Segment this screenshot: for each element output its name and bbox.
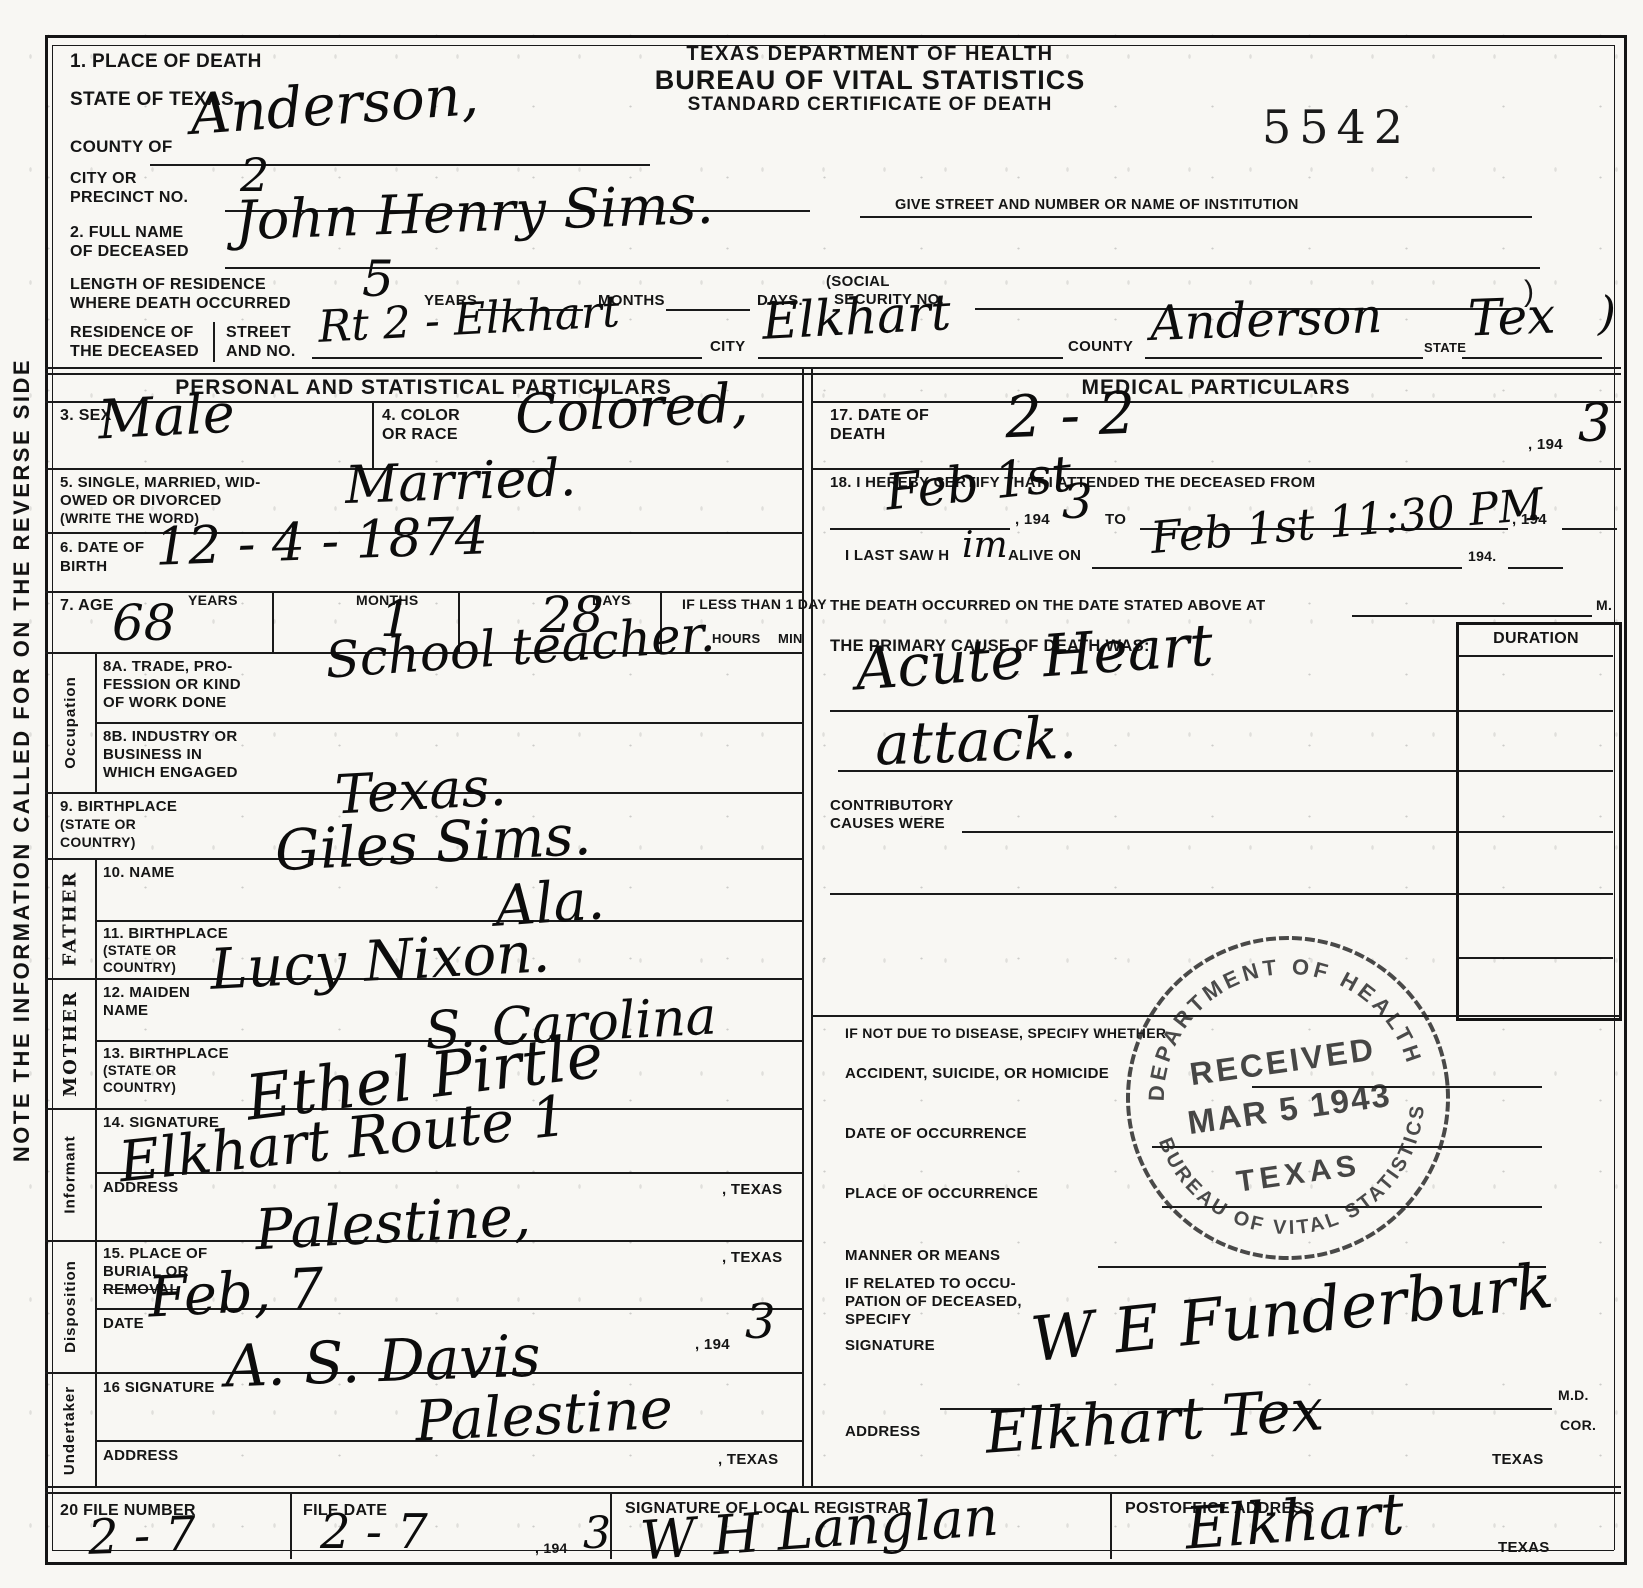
color-label-2: OR RACE bbox=[382, 426, 458, 443]
city-or-label: CITY OR bbox=[70, 170, 137, 187]
burial-value: Palestine, bbox=[254, 1189, 532, 1259]
trade-label-1: 8A. TRADE, PRO- bbox=[103, 659, 233, 675]
age-min-label: MIN bbox=[778, 632, 803, 646]
placeocc-label: PLACE OF OCCURRENCE bbox=[845, 1186, 1038, 1202]
state-label: STATE bbox=[1424, 341, 1466, 355]
county2-line bbox=[1145, 357, 1423, 359]
undertaker-strip-divider bbox=[95, 1372, 97, 1488]
dod-year-label: , 194 bbox=[1528, 437, 1563, 453]
cor-label: COR. bbox=[1560, 1418, 1596, 1433]
occurred-m-label: M. bbox=[1596, 598, 1612, 613]
medical-title-rule bbox=[811, 401, 1621, 403]
cause-line-2: attack. bbox=[874, 708, 1078, 773]
color-value: Colored, bbox=[514, 376, 750, 442]
county-value-2: Anderson bbox=[1149, 292, 1383, 348]
mother-strip: MOTHER bbox=[45, 978, 95, 1108]
certificate-number: 5542 bbox=[1262, 100, 1411, 154]
related-label-2: PATION OF DECEASED, bbox=[845, 1294, 1022, 1310]
institution-line bbox=[860, 216, 1532, 218]
residence-of-label-2: THE DECEASED bbox=[70, 343, 199, 360]
age-years-label: YEARS bbox=[188, 593, 238, 608]
column-divider-1 bbox=[802, 367, 804, 1488]
state-line bbox=[1462, 357, 1602, 359]
duration-rule-3 bbox=[1459, 831, 1613, 833]
occupation-strip: Occupation bbox=[45, 652, 95, 792]
father-strip: FATHER bbox=[45, 858, 95, 978]
duration-rule-1 bbox=[1459, 710, 1613, 712]
city-label: CITY bbox=[710, 339, 745, 355]
certify-to-label: TO bbox=[1105, 512, 1126, 528]
duration-rule-5 bbox=[1459, 957, 1613, 959]
father-bp-label-3: COUNTRY) bbox=[103, 961, 176, 976]
dod-label-2: DEATH bbox=[830, 426, 885, 443]
street-label-1: STREET bbox=[226, 324, 291, 341]
undertaker-side-label: Undertaker bbox=[62, 1385, 79, 1474]
age-divider-1 bbox=[272, 591, 274, 652]
m-contrib-line bbox=[962, 831, 1456, 833]
residence-years-value: 5 bbox=[362, 254, 394, 304]
physician-sig-label: SIGNATURE bbox=[845, 1338, 935, 1354]
burial-date-value: Feb, 7 bbox=[147, 1261, 326, 1326]
birthplace-label-2: (STATE OR bbox=[60, 817, 136, 832]
trade-label-2: FESSION OR KIND bbox=[103, 677, 241, 693]
state-value: Tex bbox=[1467, 290, 1556, 343]
father-strip-divider bbox=[95, 858, 97, 978]
dob-label-1: 6. DATE OF bbox=[60, 540, 144, 556]
po-texas-label: TEXAS bbox=[1498, 1540, 1550, 1556]
mother-bp-label-3: COUNTRY) bbox=[103, 1081, 176, 1096]
form-header: TEXAS DEPARTMENT OF HEALTH BUREAU OF VIT… bbox=[555, 44, 1185, 115]
lastsaw-him-value: im bbox=[962, 528, 1008, 564]
residence-length-label-1: LENGTH OF RESIDENCE bbox=[70, 276, 266, 293]
po-address-value: Elkhart bbox=[1183, 1484, 1406, 1557]
m-blank-line bbox=[830, 893, 1456, 895]
section-divider-1 bbox=[45, 367, 1621, 369]
industry-label-2: BUSINESS IN bbox=[103, 747, 202, 763]
header-dept: TEXAS DEPARTMENT OF HEALTH bbox=[555, 44, 1185, 66]
age-label: 7. AGE bbox=[60, 597, 114, 614]
residence-of-label-1: RESIDENCE OF bbox=[70, 324, 194, 341]
certify-year-label: , 194 bbox=[1015, 512, 1050, 528]
mother-bp-label-1: 13. BIRTHPLACE bbox=[103, 1046, 229, 1062]
disposition-side-label: Disposition bbox=[62, 1260, 79, 1353]
fullname-value: John Henry Sims. bbox=[234, 178, 714, 249]
physician-addr-texas: TEXAS bbox=[1492, 1452, 1544, 1468]
industry-label-3: WHICH ENGAGED bbox=[103, 765, 238, 781]
footer-divider-1 bbox=[290, 1492, 292, 1559]
stamp-state-text: TEXAS bbox=[1234, 1149, 1362, 1199]
file-number-value: 2 - 7 bbox=[87, 1510, 196, 1562]
m-lastsaw-line bbox=[1092, 567, 1462, 569]
trade-label-3: OF WORK DONE bbox=[103, 695, 227, 711]
father-name-value: Giles Sims. bbox=[274, 808, 593, 880]
duration-rule-0 bbox=[1459, 655, 1613, 657]
death-certificate-page: NOTE THE INFORMATION CALLED FOR ON THE R… bbox=[0, 0, 1643, 1588]
informant-side-label: Informant bbox=[62, 1135, 79, 1213]
md-label: M.D. bbox=[1558, 1388, 1589, 1403]
disposition-strip-divider bbox=[95, 1240, 97, 1372]
months-line bbox=[666, 309, 750, 311]
residence-divider bbox=[213, 322, 215, 362]
father-name-label: 10. NAME bbox=[103, 865, 175, 881]
disposition-strip: Disposition bbox=[45, 1240, 95, 1372]
street-label-2: AND NO. bbox=[226, 343, 296, 360]
related-label-1: IF RELATED TO OCCU- bbox=[845, 1276, 1016, 1292]
residence-length-label-2: WHERE DEATH OCCURRED bbox=[70, 295, 291, 312]
dod-year-digit: 3 bbox=[1578, 398, 1611, 450]
dod-label-1: 17. DATE OF bbox=[830, 407, 929, 424]
lastsaw-prefix-label: I LAST SAW H bbox=[845, 548, 949, 564]
institution-note-label: GIVE STREET AND NUMBER OR NAME OF INSTIT… bbox=[895, 198, 1299, 214]
received-stamp: DEPARTMENT OF HEALTH BUREAU OF VITAL STA… bbox=[1089, 899, 1487, 1297]
birthplace-label-1: 9. BIRTHPLACE bbox=[60, 799, 177, 815]
color-label-1: 4. COLOR bbox=[382, 407, 460, 424]
informant-strip-divider bbox=[95, 1108, 97, 1240]
place-of-death-label: 1. PLACE OF DEATH bbox=[70, 52, 262, 73]
duration-rule-4 bbox=[1459, 893, 1613, 895]
closing-paren: ) bbox=[1598, 290, 1616, 336]
margin-note: NOTE THE INFORMATION CALLED FOR ON THE R… bbox=[9, 358, 35, 1162]
burial-date-label: DATE bbox=[103, 1316, 144, 1332]
dateocc-label: DATE OF OCCURRENCE bbox=[845, 1126, 1027, 1142]
burial-date-digit: 3 bbox=[745, 1298, 776, 1346]
m-occurred-line bbox=[1352, 615, 1592, 617]
duration-rule-2 bbox=[1459, 770, 1613, 772]
informant-strip: Informant bbox=[45, 1108, 95, 1240]
burial-date-year-label: , 194 bbox=[695, 1337, 730, 1353]
contrib-label-2: CAUSES WERE bbox=[830, 816, 945, 832]
sex-value: Male bbox=[97, 386, 236, 447]
marital-label-2: OWED OR DIVORCED bbox=[60, 493, 221, 509]
related-label-3: SPECIFY bbox=[845, 1312, 911, 1328]
lastsaw-alive-label: ALIVE ON bbox=[1008, 548, 1081, 564]
section-divider-2 bbox=[45, 373, 1621, 375]
footer-divider-3 bbox=[1110, 1492, 1112, 1559]
fullname-label-1: 2. FULL NAME bbox=[70, 224, 184, 241]
mother-bp-label-2: (STATE OR bbox=[103, 1064, 176, 1079]
lastsaw-year-label: 194. bbox=[1468, 549, 1496, 564]
maiden-label-2: NAME bbox=[103, 1003, 148, 1019]
county-label: COUNTY bbox=[1068, 339, 1133, 355]
dob-label-2: BIRTH bbox=[60, 559, 107, 575]
header-bureau: BUREAU OF VITAL STATISTICS bbox=[555, 66, 1185, 95]
row-rule-8b bbox=[95, 722, 802, 724]
county-line bbox=[150, 164, 650, 166]
m-lastsaw-line-2 bbox=[1508, 567, 1563, 569]
file-date-year-label: , 194 bbox=[535, 1541, 568, 1556]
undertaker-sig-label: 16 SIGNATURE bbox=[103, 1380, 215, 1396]
physician-addr-label: ADDRESS bbox=[845, 1424, 920, 1440]
birthplace-label-3: COUNTRY) bbox=[60, 835, 136, 850]
age-years-value: 68 bbox=[112, 598, 176, 648]
marital-label-1: 5. SINGLE, MARRIED, WID- bbox=[60, 475, 261, 491]
manner-label: MANNER OR MEANS bbox=[845, 1248, 1000, 1264]
column-divider-2 bbox=[811, 367, 813, 1488]
occupation-side-label: Occupation bbox=[62, 676, 79, 769]
father-side-label: FATHER bbox=[60, 870, 81, 966]
burial-label-1: 15. PLACE OF bbox=[103, 1246, 207, 1262]
duration-box bbox=[1456, 622, 1622, 1021]
margin-note-strip: NOTE THE INFORMATION CALLED FOR ON THE R… bbox=[0, 270, 44, 1250]
certify-year-digit: 3 bbox=[1062, 478, 1093, 526]
contrib-label-1: CONTRIBUTORY bbox=[830, 798, 954, 814]
age-hours-label: HOURS bbox=[712, 632, 760, 646]
informant-addr-texas: , TEXAS bbox=[722, 1182, 782, 1198]
father-bp-label-2: (STATE OR bbox=[103, 944, 176, 959]
burial-texas: , TEXAS bbox=[722, 1250, 782, 1266]
maiden-label-1: 12. MAIDEN bbox=[103, 985, 190, 1001]
header-standard: STANDARD CERTIFICATE OF DEATH bbox=[555, 95, 1185, 116]
mother-strip-divider bbox=[95, 978, 97, 1108]
fullname-label-2: OF DECEASED bbox=[70, 243, 189, 260]
mother-side-label: MOTHER bbox=[60, 990, 81, 1097]
duration-label: DURATION bbox=[1456, 630, 1616, 647]
undertaker-addr-texas: , TEXAS bbox=[718, 1452, 778, 1468]
fullname-line bbox=[225, 267, 1540, 269]
undertaker-strip: Undertaker bbox=[45, 1372, 95, 1488]
file-date-digit: 3 bbox=[583, 1512, 611, 1556]
file-date-value: 2 - 7 bbox=[320, 1508, 428, 1556]
medical-section-title: MEDICAL PARTICULARS bbox=[811, 377, 1621, 400]
dob-value: 12 - 4 - 1874 bbox=[154, 510, 488, 574]
undertaker-addr-label: ADDRESS bbox=[103, 1448, 178, 1464]
accident-label: ACCIDENT, SUICIDE, OR HOMICIDE bbox=[845, 1066, 1109, 1082]
dod-value: 2 - 2 bbox=[1004, 384, 1136, 447]
row-rule-7 bbox=[45, 591, 802, 593]
industry-label-1: 8B. INDUSTRY OR bbox=[103, 729, 238, 745]
city-line bbox=[758, 357, 1063, 359]
m-certify-line-3 bbox=[1562, 528, 1617, 530]
precinct-no-label: PRECINCT NO. bbox=[70, 189, 188, 206]
county-of-label: COUNTY OF bbox=[70, 138, 173, 156]
street-line bbox=[312, 357, 702, 359]
row-rule-11 bbox=[95, 920, 802, 922]
city-value: Elkhart bbox=[761, 287, 952, 347]
marital-value: Married. bbox=[344, 452, 577, 512]
undertaker-addr-value: Palestine bbox=[414, 1381, 675, 1450]
